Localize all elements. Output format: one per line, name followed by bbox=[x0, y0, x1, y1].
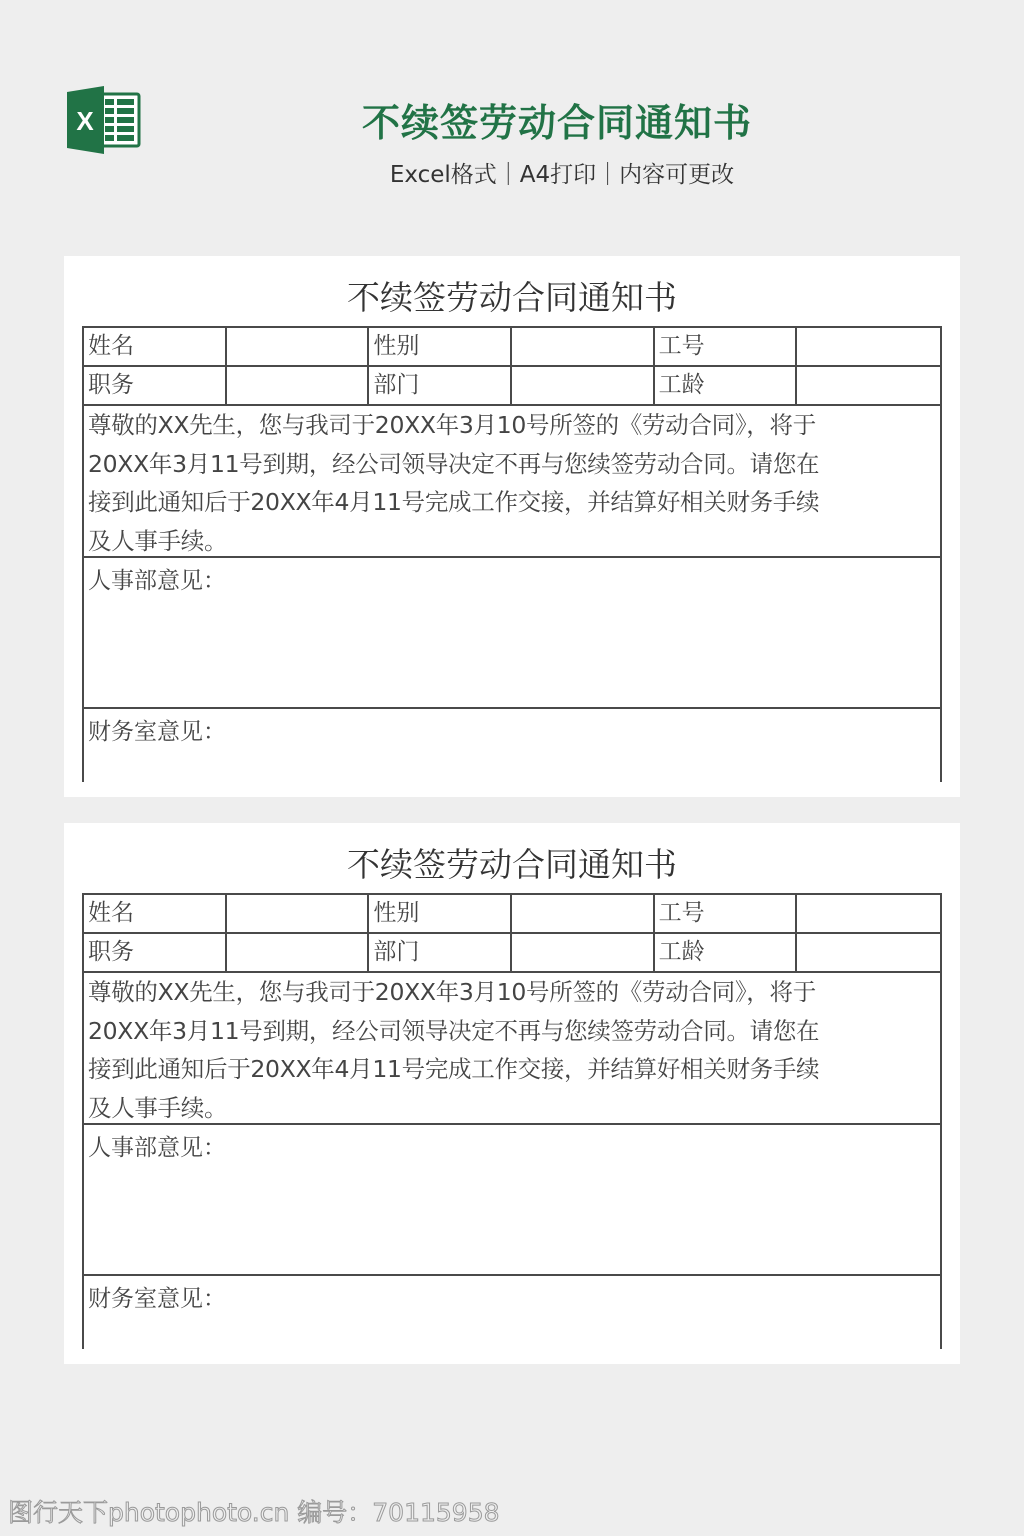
finance-opinion-label: 财务室意见： bbox=[88, 719, 226, 745]
notice-form: 姓名 性别 工号 职务 部门 工龄 尊敬的XX先生，您与我司于20XX年3月10… bbox=[82, 893, 942, 1349]
field-label-name: 姓名 bbox=[84, 328, 227, 367]
document-title: 不续签劳动合同通知书 bbox=[64, 272, 960, 319]
field-label-seniority: 工龄 bbox=[655, 367, 798, 406]
letter-line: 接到此通知后于20XX年4月11号完成工作交接，并结算好相关财务手续 bbox=[88, 483, 936, 522]
notice-letter-body: 尊敬的XX先生，您与我司于20XX年3月10号所签的《劳动合同》，将于 20XX… bbox=[82, 406, 942, 558]
field-value-employee-id[interactable] bbox=[797, 895, 940, 934]
field-value-employee-id[interactable] bbox=[797, 328, 940, 367]
field-value-seniority[interactable] bbox=[797, 367, 940, 406]
field-label-employee-id: 工号 bbox=[655, 328, 798, 367]
info-table: 姓名 性别 工号 职务 部门 工龄 bbox=[82, 893, 942, 973]
letter-line: 尊敬的XX先生，您与我司于20XX年3月10号所签的《劳动合同》，将于 bbox=[88, 406, 936, 445]
letter-line: 及人事手续。 bbox=[88, 1089, 936, 1128]
field-value-position[interactable] bbox=[227, 367, 370, 406]
field-label-position: 职务 bbox=[84, 934, 227, 973]
page-subtitle: Excel格式｜A4打印｜内容可更改 bbox=[0, 156, 1024, 189]
watermark: 图行天下photophoto.cn 编号：70115958 bbox=[8, 1493, 500, 1529]
document-title: 不续签劳动合同通知书 bbox=[64, 839, 960, 886]
field-value-seniority[interactable] bbox=[797, 934, 940, 973]
field-value-name[interactable] bbox=[227, 895, 370, 934]
page: X 不续签劳动合同通知书 Excel格式｜A4打印｜内容可更改 不续签劳动合同通… bbox=[0, 0, 1024, 1536]
letter-line: 接到此通知后于20XX年4月11号完成工作交接，并结算好相关财务手续 bbox=[88, 1050, 936, 1089]
hr-opinion-label: 人事部意见： bbox=[88, 568, 226, 594]
document-preview-2: 不续签劳动合同通知书 姓名 性别 工号 职务 部门 工龄 尊敬的XX先生，您与我… bbox=[64, 823, 960, 1364]
letter-line: 尊敬的XX先生，您与我司于20XX年3月10号所签的《劳动合同》，将于 bbox=[88, 973, 936, 1012]
hr-opinion-label: 人事部意见： bbox=[88, 1135, 226, 1161]
field-label-position: 职务 bbox=[84, 367, 227, 406]
hr-opinion-section[interactable]: 人事部意见： bbox=[82, 1125, 942, 1276]
field-value-department[interactable] bbox=[512, 367, 655, 406]
field-value-gender[interactable] bbox=[512, 895, 655, 934]
field-label-gender: 性别 bbox=[369, 895, 512, 934]
field-value-department[interactable] bbox=[512, 934, 655, 973]
notice-form: 姓名 性别 工号 职务 部门 工龄 尊敬的XX先生，您与我司于20XX年3月10… bbox=[82, 326, 942, 782]
field-label-gender: 性别 bbox=[369, 328, 512, 367]
info-table: 姓名 性别 工号 职务 部门 工龄 bbox=[82, 326, 942, 406]
field-label-employee-id: 工号 bbox=[655, 895, 798, 934]
field-label-seniority: 工龄 bbox=[655, 934, 798, 973]
finance-opinion-label: 财务室意见： bbox=[88, 1286, 226, 1312]
field-label-department: 部门 bbox=[369, 934, 512, 973]
finance-opinion-section[interactable]: 财务室意见： bbox=[82, 1276, 942, 1349]
finance-opinion-section[interactable]: 财务室意见： bbox=[82, 709, 942, 782]
field-label-name: 姓名 bbox=[84, 895, 227, 934]
letter-line: 20XX年3月11号到期，经公司领导决定不再与您续签劳动合同。请您在 bbox=[88, 1012, 936, 1051]
field-label-department: 部门 bbox=[369, 367, 512, 406]
letter-line: 及人事手续。 bbox=[88, 522, 936, 561]
page-title: 不续签劳动合同通知书 bbox=[0, 92, 1024, 147]
document-preview-1: 不续签劳动合同通知书 姓名 性别 工号 职务 部门 工龄 尊敬的XX先生，您与我… bbox=[64, 256, 960, 797]
hr-opinion-section[interactable]: 人事部意见： bbox=[82, 558, 942, 709]
field-value-gender[interactable] bbox=[512, 328, 655, 367]
field-value-name[interactable] bbox=[227, 328, 370, 367]
letter-line: 20XX年3月11号到期，经公司领导决定不再与您续签劳动合同。请您在 bbox=[88, 445, 936, 484]
notice-letter-body: 尊敬的XX先生，您与我司于20XX年3月10号所签的《劳动合同》，将于 20XX… bbox=[82, 973, 942, 1125]
field-value-position[interactable] bbox=[227, 934, 370, 973]
